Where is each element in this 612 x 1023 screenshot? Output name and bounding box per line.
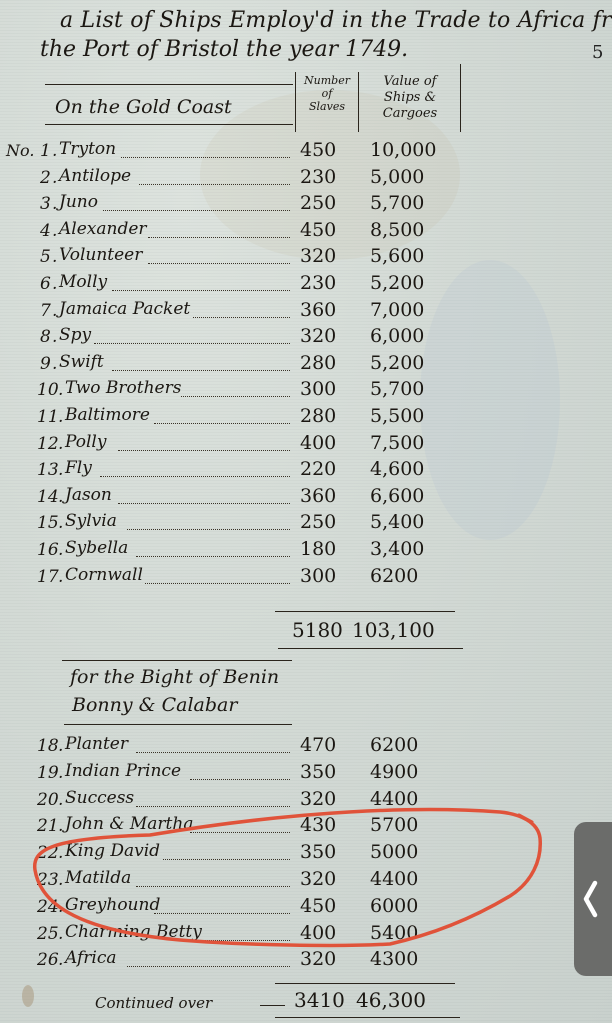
side-drawer-tab[interactable] [574,822,612,976]
chevron-left-icon [582,880,600,918]
red-circle-annotation [0,0,612,1023]
